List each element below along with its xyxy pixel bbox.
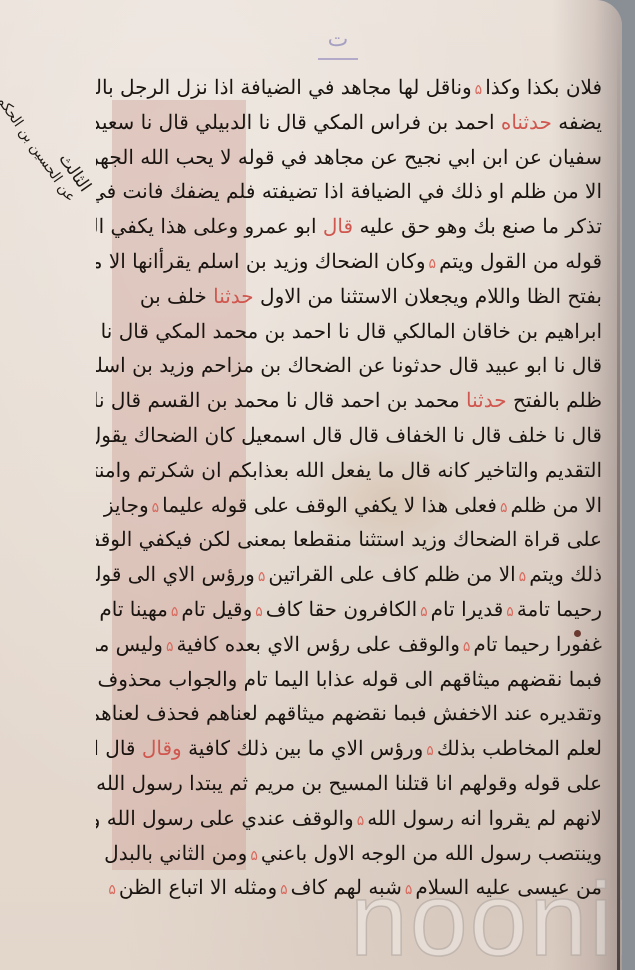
rubric-word: حدثنا (460, 388, 513, 412)
text-segment: فبما نقضهم ميثاقهم الى قوله عذابا اليما … (97, 667, 602, 691)
text-segment: والوقف عندي على رسول الله وهو كاف (96, 806, 354, 830)
text-segment: على قوله وقولهم انا قتلنا المسيح بن مريم… (96, 771, 602, 795)
rubric-word: حدثنا (207, 284, 260, 308)
verse-marker-icon: ۵ (166, 639, 174, 655)
text-segment: ومثله الا اتباع الظن (119, 875, 277, 899)
text-segment: قال الوقف (96, 736, 136, 760)
text-segment: ابو عمرو وعلى هذا يكفي الوقف على (96, 214, 317, 238)
text-segment: وناقل لها مجاهد في الضيافة اذا نزل الرجل… (96, 75, 472, 99)
rubric-word: وقال (136, 736, 189, 760)
text-line: قال نا ابو عبيد قال حدثونا عن الضحاك بن … (96, 348, 602, 383)
text-line: التقديم والتاخير كانه قال ما يفعل الله ب… (96, 453, 602, 488)
text-line: قوله من القول ويتم۵وكان الضحاك وزيد بن ا… (96, 244, 602, 279)
rubric-word: قال (317, 214, 360, 238)
text-segment: الا من ظلم كاف على القراتين (268, 562, 515, 586)
text-segment: لانهم لم يقروا انه رسول الله (367, 806, 602, 830)
main-text-block: فلان بكذا وكذا۵وناقل لها مجاهد في الضياف… (96, 70, 602, 905)
text-line: يضفه حدثناه احمد بن فراس المكي قال نا ال… (96, 105, 602, 140)
text-segment: وقيل تام (181, 597, 252, 621)
text-line: وتقديره عند الاخفش فبما نقضهم ميثاقهم لع… (96, 696, 602, 731)
text-segment: وليس من قوله (96, 632, 163, 656)
text-segment: فلان بكذا وكذا (485, 75, 602, 99)
text-line: الا من ظلم۵فعلى هذا لا يكفي الوقف على قو… (96, 488, 602, 523)
verse-marker-icon: ۵ (171, 604, 179, 620)
rubric-word: حدثناه (495, 110, 559, 134)
text-line: ظلم بالفتح حدثنا محمد بن احمد قال نا محم… (96, 383, 602, 418)
text-segment: قال نا ابو عبيد قال حدثونا عن الضحاك بن … (96, 353, 602, 377)
text-line: بفتح الظا واللام ويجعلان الاستثنا من الا… (96, 279, 602, 314)
margin-note: الثالث عن الحسين بن الحكم (0, 62, 94, 206)
text-line: على قوله وقولهم انا قتلنا المسيح بن مريم… (96, 766, 602, 801)
text-segment: وينتصب رسول الله من الوجه الاول باعني (261, 841, 602, 865)
text-segment: وكان الضحاك وزيد بن اسلم يقرأانها الا من… (96, 249, 426, 273)
text-line: لعلم المخاطب بذلك۵ورؤس الاي ما بين ذلك ك… (96, 731, 602, 766)
verse-marker-icon: ۵ (250, 848, 258, 864)
text-segment: محمد بن احمد قال نا محمد بن القسم قال نا… (96, 388, 460, 412)
text-segment: ابراهيم بن خاقان المالكي قال نا احمد بن … (96, 319, 602, 343)
verse-marker-icon: ۵ (506, 604, 514, 620)
text-line: فبما نقضهم ميثاقهم الى قوله عذابا اليما … (96, 662, 602, 697)
text-segment: تذكر ما صنع بك وهو حق عليه (359, 214, 602, 238)
text-segment: ذلك ويتم (529, 562, 602, 586)
text-segment: رحيما تامة (517, 597, 602, 621)
text-segment: الا من ظلم (511, 493, 602, 517)
text-segment: مهينا تام (99, 597, 168, 621)
text-segment: والوقف على رؤس الاي بعده كافية (176, 632, 459, 656)
verse-marker-icon: ۵ (420, 604, 428, 620)
text-line: ذلك ويتم۵الا من ظلم كاف على القراتين۵ورؤ… (96, 557, 602, 592)
text-segment: يضفه (558, 110, 602, 134)
text-line: فلان بكذا وكذا۵وناقل لها مجاهد في الضياف… (96, 70, 602, 105)
text-line: سفيان عن ابن ابي نجيح عن مجاهد في قوله ل… (96, 140, 602, 175)
text-segment: قوله من القول ويتم (439, 249, 602, 273)
verse-marker-icon: ۵ (429, 256, 437, 272)
text-segment: ورؤس الاي الى قوله غفورا (96, 562, 255, 586)
text-line: قال نا خلف قال نا الخفاف قال قال اسمعيل … (96, 418, 602, 453)
page-edge (617, 30, 620, 970)
verse-marker-icon: ۵ (280, 882, 288, 898)
text-segment: فعلى هذا لا يكفي الوقف على قوله عليما (162, 493, 497, 517)
text-segment: على قراة الضحاك وزيد استثنا منقطعا بمعنى… (96, 527, 602, 551)
text-line: الا من ظلم او ذلك في الضيافة اذا تضيفته … (96, 174, 602, 209)
verse-marker-icon: ۵ (500, 500, 508, 516)
verse-marker-icon: ۵ (357, 813, 365, 829)
text-segment: ظلم بالفتح (513, 388, 602, 412)
verse-marker-icon: ۵ (426, 743, 434, 759)
watermark: noonir (350, 870, 622, 970)
verse-marker-icon: ۵ (463, 639, 471, 655)
text-segment: قديرا تام (431, 597, 504, 621)
text-segment: احمد بن فراس المكي قال نا الدبيلي قال نا… (96, 110, 495, 134)
verse-marker-icon: ۵ (475, 82, 483, 98)
text-segment: خلف بن (140, 284, 207, 308)
text-segment: بفتح الظا واللام ويجعلان الاستثنا من الا… (260, 284, 602, 308)
text-line: تذكر ما صنع بك وهو حق عليه قال ابو عمرو … (96, 209, 602, 244)
text-segment: وجايز ان تكون الا (96, 493, 149, 517)
text-segment: لعلم المخاطب بذلك (437, 736, 602, 760)
text-segment: التقديم والتاخير كانه قال ما يفعل الله ب… (96, 458, 602, 482)
verse-marker-icon: ۵ (519, 569, 527, 585)
verse-marker-icon: ۵ (108, 882, 116, 898)
verse-marker-icon: ۵ (258, 569, 266, 585)
text-segment: الا من ظلم او ذلك في الضيافة اذا تضيفته … (96, 179, 602, 203)
folio-mark: ت (318, 28, 358, 60)
text-segment: ورؤس الاي ما بين ذلك كافية (188, 736, 423, 760)
text-segment: غفورا رحيما تام (473, 632, 602, 656)
text-segment: سفيان عن ابن ابي نجيح عن مجاهد في قوله ل… (96, 145, 602, 169)
text-line: على قراة الضحاك وزيد استثنا منقطعا بمعنى… (96, 522, 602, 557)
ink-dot (574, 630, 581, 637)
verse-marker-icon: ۵ (152, 500, 160, 516)
text-line: غفورا رحيما تام۵والوقف على رؤس الاي بعده… (96, 627, 602, 662)
text-line: رحيما تامة۵قديرا تام۵الكافرون حقا كاف۵وق… (96, 592, 602, 627)
text-segment: قال نا خلف قال نا الخفاف قال قال اسمعيل … (96, 423, 602, 447)
text-line: لانهم لم يقروا انه رسول الله۵والوقف عندي… (96, 801, 602, 836)
text-segment: وتقديره عند الاخفش فبما نقضهم ميثاقهم لع… (96, 701, 602, 725)
text-segment: ومن الثاني بالبدل (104, 841, 247, 865)
verse-marker-icon: ۵ (255, 604, 263, 620)
text-segment: الكافرون حقا كاف (266, 597, 417, 621)
manuscript-page: ت الثالث عن الحسين بن الحكم فلان بكذا وك… (0, 0, 622, 970)
text-line: ابراهيم بن خاقان المالكي قال نا احمد بن … (96, 314, 602, 349)
